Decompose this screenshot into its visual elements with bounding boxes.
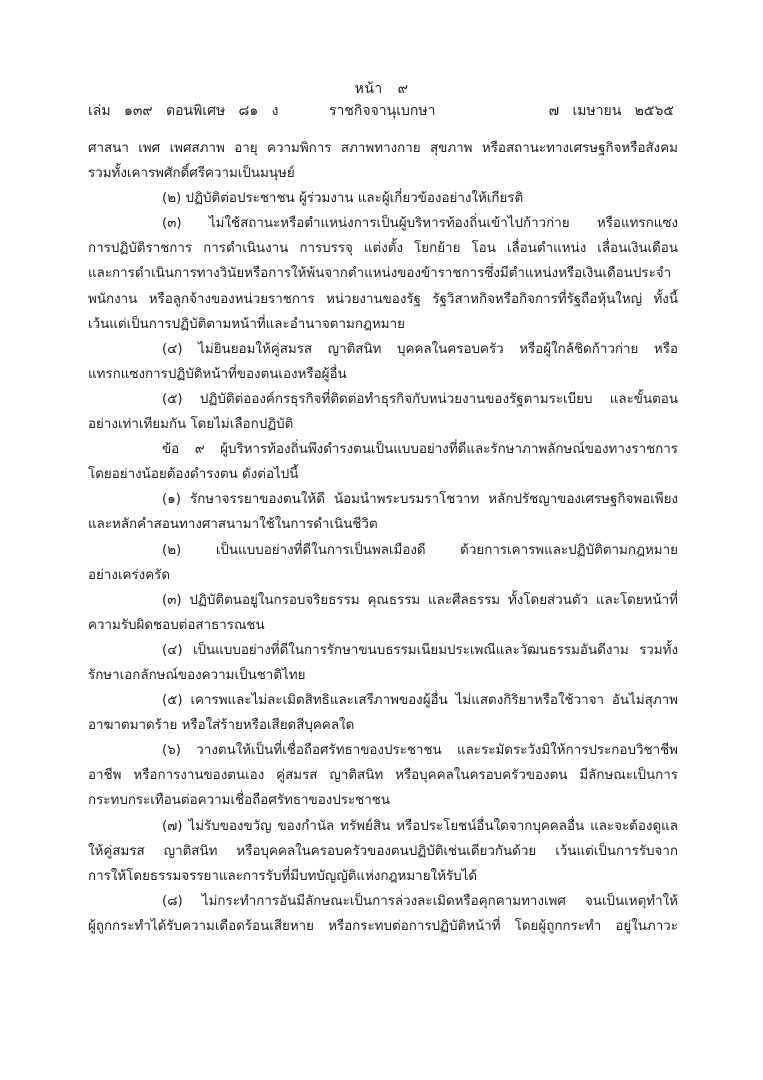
text-line: อย่างเคร่งครัด — [88, 563, 678, 588]
text-line: การปฏิบัติราชการ การดำเนินงาน การบรรจุ แ… — [88, 236, 678, 261]
page-number: หน้า ๙ — [0, 78, 763, 100]
text-line: เว้นแต่เป็นการปฏิบัติตามหน้าที่และอำนาจต… — [88, 312, 678, 337]
text-line: ความรับผิดชอบต่อสาธารณชน — [88, 613, 678, 638]
text-line: กระทบกระเทือนต่อความเชื่อถือศรัทธาของประ… — [88, 788, 678, 813]
text-line: แทรกแซงการปฏิบัติหน้าที่ของตนเองหรือผู้อ… — [88, 362, 678, 387]
text-line: อาฆาตมาดร้าย หรือใส่ร้ายหรือเสียดสีบุคคล… — [88, 713, 678, 738]
text-line: (๓) ไม่ใช้สถานะหรือตำแหน่งการเป็นผู้บริห… — [88, 211, 678, 236]
text-line: และหลักคำสอนทางศาสนามาใช้ในการดำเนินชีวิ… — [88, 512, 678, 537]
text-line: (๗) ไม่รับของขวัญ ของกำนัล ทรัพย์สิน หรื… — [88, 814, 678, 839]
publication-date: ๗ เมษายน ๒๕๖๕ — [549, 100, 674, 122]
text-line: (๕) ปฏิบัติต่อองค์กรธุรกิจที่ติดต่อทำธุร… — [88, 387, 678, 412]
text-line: ศาสนา เพศ เพศสภาพ อายุ ความพิการ สภาพทาง… — [88, 136, 678, 161]
text-line: อย่างเท่าเทียมกัน โดยไม่เลือกปฏิบัติ — [88, 412, 678, 437]
text-line: (๑) รักษาจรรยาของตนให้ดี น้อมนำพระบรมราโ… — [88, 487, 678, 512]
gazette-header: เล่ม ๑๓๙ ตอนพิเศษ ๘๑ ง ราชกิจจานุเบกษา ๗… — [88, 100, 674, 122]
text-line: (๖) วางตนให้เป็นที่เชื่อถือศรัทธาของประช… — [88, 738, 678, 763]
volume-issue: เล่ม ๑๓๙ ตอนพิเศษ ๘๑ ง — [88, 100, 278, 122]
text-line: (๒) ปฏิบัติต่อประชาชน ผู้ร่วมงาน และผู้เ… — [88, 186, 678, 211]
text-line: ให้คู่สมรส ญาติสนิท หรือบุคคลในครอบครัวข… — [88, 839, 678, 864]
text-line: อาชีพ หรือการงานของตนเอง คู่สมรส ญาติสนิ… — [88, 763, 678, 788]
text-line: ข้อ ๙ ผู้บริหารท้องถิ่นพึงดำรงตนเป็นแบบอ… — [88, 437, 678, 462]
text-line: (๔) เป็นแบบอย่างที่ดีในการรักษาขนบธรรมเน… — [88, 638, 678, 663]
body-text: ศาสนา เพศ เพศสภาพ อายุ ความพิการ สภาพทาง… — [88, 136, 678, 939]
text-line: (๒) เป็นแบบอย่างที่ดีในการเป็นพลเมืองดี … — [88, 538, 678, 563]
text-line: รักษาเอกลักษณ์ของความเป็นชาติไทย — [88, 663, 678, 688]
text-line: (๘) ไม่กระทำการอันมีลักษณะเป็นการล่วงละเ… — [88, 889, 678, 914]
text-line: และการดำเนินการทางวินัยหรือการให้พ้นจากต… — [88, 261, 678, 286]
text-line: โดยอย่างน้อยต้องดำรงตน ดังต่อไปนี้ — [88, 462, 678, 487]
text-line: การให้โดยธรรมจรรยาและการรับที่มีบทบัญญัต… — [88, 864, 678, 889]
text-line: พนักงาน หรือลูกจ้างของหน่วยราชการ หน่วยง… — [88, 287, 678, 312]
text-line: ผู้ถูกกระทำได้รับความเดือดร้อนเสียหาย หร… — [88, 914, 678, 939]
publication-title: ราชกิจจานุเบกษา — [329, 100, 435, 122]
text-line: (๔) ไม่ยินยอมให้คู่สมรส ญาติสนิท บุคคลใน… — [88, 337, 678, 362]
text-line: (๓) ปฏิบัติตนอยู่ในกรอบจริยธรรม คุณธรรม … — [88, 588, 678, 613]
gazette-page: หน้า ๙ เล่ม ๑๓๙ ตอนพิเศษ ๘๑ ง ราชกิจจานุ… — [0, 0, 763, 1080]
text-line: รวมทั้งเคารพศักดิ์ศรีความเป็นมนุษย์ — [88, 161, 678, 186]
text-line: (๕) เคารพและไม่ละเมิดสิทธิและเสรีภาพของผ… — [88, 688, 678, 713]
